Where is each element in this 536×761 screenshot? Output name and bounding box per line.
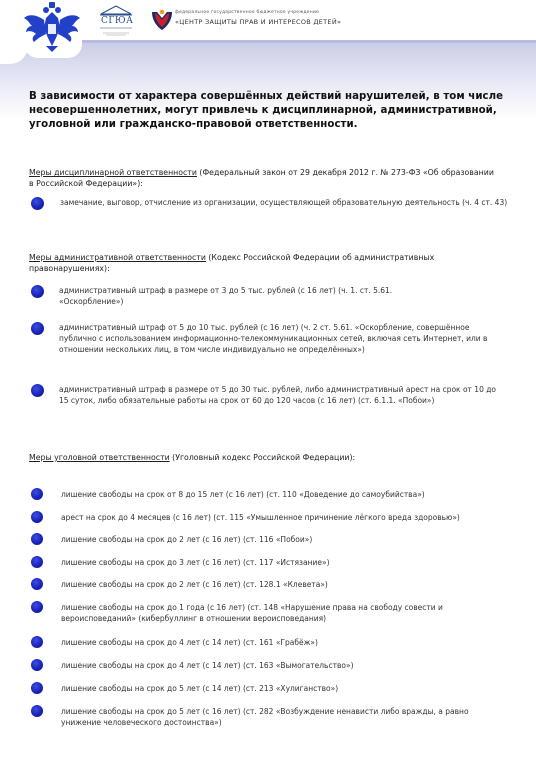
bullet-icon [31, 384, 44, 397]
list-item-text: лишение свободы на срок от 8 до 15 лет (… [61, 489, 516, 500]
header: СГЮА федеральное государственное бюджетн… [0, 0, 536, 44]
section-title: Меры дисциплинарной ответственности [29, 168, 197, 177]
list-item-text: замечание, выговор, отчисление из органи… [60, 197, 515, 208]
section-heading-administrative: Меры административной ответственности (К… [29, 252, 499, 274]
bullet-icon [31, 601, 43, 613]
double-headed-eagle-icon [22, 2, 82, 54]
list-item-text: лишение свободы на срок до 4 лет (с 14 л… [61, 660, 516, 671]
sgua-logo: СГЮА [97, 4, 135, 40]
bullet-icon [31, 488, 43, 500]
list-item-text: лишение свободы на срок до 5 лет (с 16 л… [61, 706, 471, 728]
bullet-icon [31, 556, 43, 568]
list-item-text: лишение свободы на срок до 2 лет (с 16 л… [61, 579, 516, 590]
intro-paragraph: В зависимости от характера совершённых д… [29, 90, 519, 132]
list-item-text: лишение свободы на срок до 3 лет (с 16 л… [61, 557, 516, 568]
bullet-icon [31, 578, 43, 590]
sgua-logo-text: СГЮА [101, 16, 133, 26]
bullet-icon [31, 705, 43, 717]
section-heading-disciplinary: Меры дисциплинарной ответственности (Фед… [29, 167, 499, 189]
list-item-text: административный штраф в размере от 3 до… [59, 285, 419, 307]
section-source: (Уголовный кодекс Российской Федерации): [170, 453, 355, 462]
bullet-icon [31, 197, 44, 210]
list-item-text: лишение свободы на срок до 4 лет (с 14 л… [61, 637, 516, 648]
document-page: СГЮА федеральное государственное бюджетн… [0, 0, 536, 761]
section-heading-criminal: Меры уголовной ответственности (Уголовны… [29, 452, 499, 463]
bullet-icon [31, 659, 43, 671]
bullet-icon [31, 533, 43, 545]
list-item-text: арест на срок до 4 месяцев (с 16 лет) (с… [61, 512, 516, 523]
center-name: «ЦЕНТР ЗАЩИТЫ ПРАВ И ИНТЕРЕСОВ ДЕТЕЙ» [175, 18, 341, 26]
bullet-icon [31, 511, 43, 523]
section-title: Меры уголовной ответственности [29, 453, 170, 462]
list-item-text: лишение свободы на срок до 2 лет (с 16 л… [61, 534, 516, 545]
bullet-icon [31, 322, 44, 335]
list-item-text: лишение свободы на срок до 5 лет (с 14 л… [61, 683, 516, 694]
list-item-text: административный штраф в размере от 5 до… [59, 384, 499, 406]
list-item-text: административный штраф от 5 до 10 тыс. р… [59, 322, 499, 355]
center-subtitle: федеральное государственное бюджетное уч… [175, 10, 319, 15]
bullet-icon [31, 682, 43, 694]
section-title: Меры административной ответственности [29, 253, 206, 262]
bullet-icon [31, 285, 44, 298]
list-item-text: лишение свободы на срок до 1 года (с 16 … [61, 602, 461, 624]
bullet-icon [31, 636, 43, 648]
child-protection-heart-icon [150, 8, 174, 32]
